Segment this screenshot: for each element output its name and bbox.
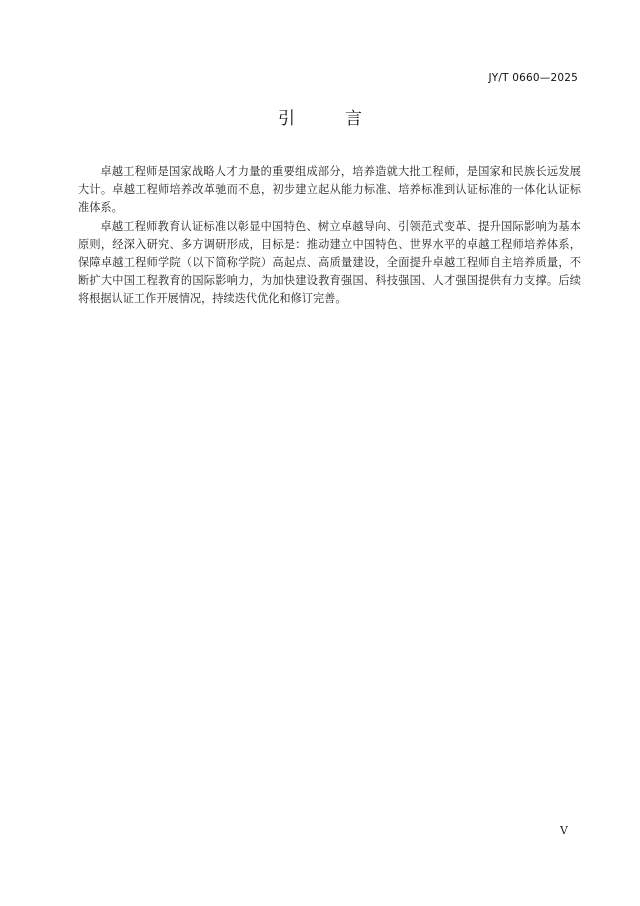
page-title: 引言 [0, 104, 640, 129]
standard-code: JY/T 0660—2025 [488, 72, 578, 84]
paragraph: 卓越工程师教育认证标准以彰显中国特色、树立卓越导向、引领范式变革、提升国际影响为… [78, 218, 581, 309]
paragraph: 卓越工程师是国家战略人才力量的重要组成部分，培养造就大批工程师，是国家和民族长远… [78, 163, 581, 218]
page-number: V [560, 824, 568, 837]
document-page: JY/T 0660—2025 引言 卓越工程师是国家战略人才力量的重要组成部分，… [0, 0, 640, 906]
title-char-1: 引 [278, 104, 295, 129]
title-char-2: 言 [345, 104, 362, 129]
introduction-body: 卓越工程师是国家战略人才力量的重要组成部分，培养造就大批工程师，是国家和民族长远… [78, 163, 581, 309]
